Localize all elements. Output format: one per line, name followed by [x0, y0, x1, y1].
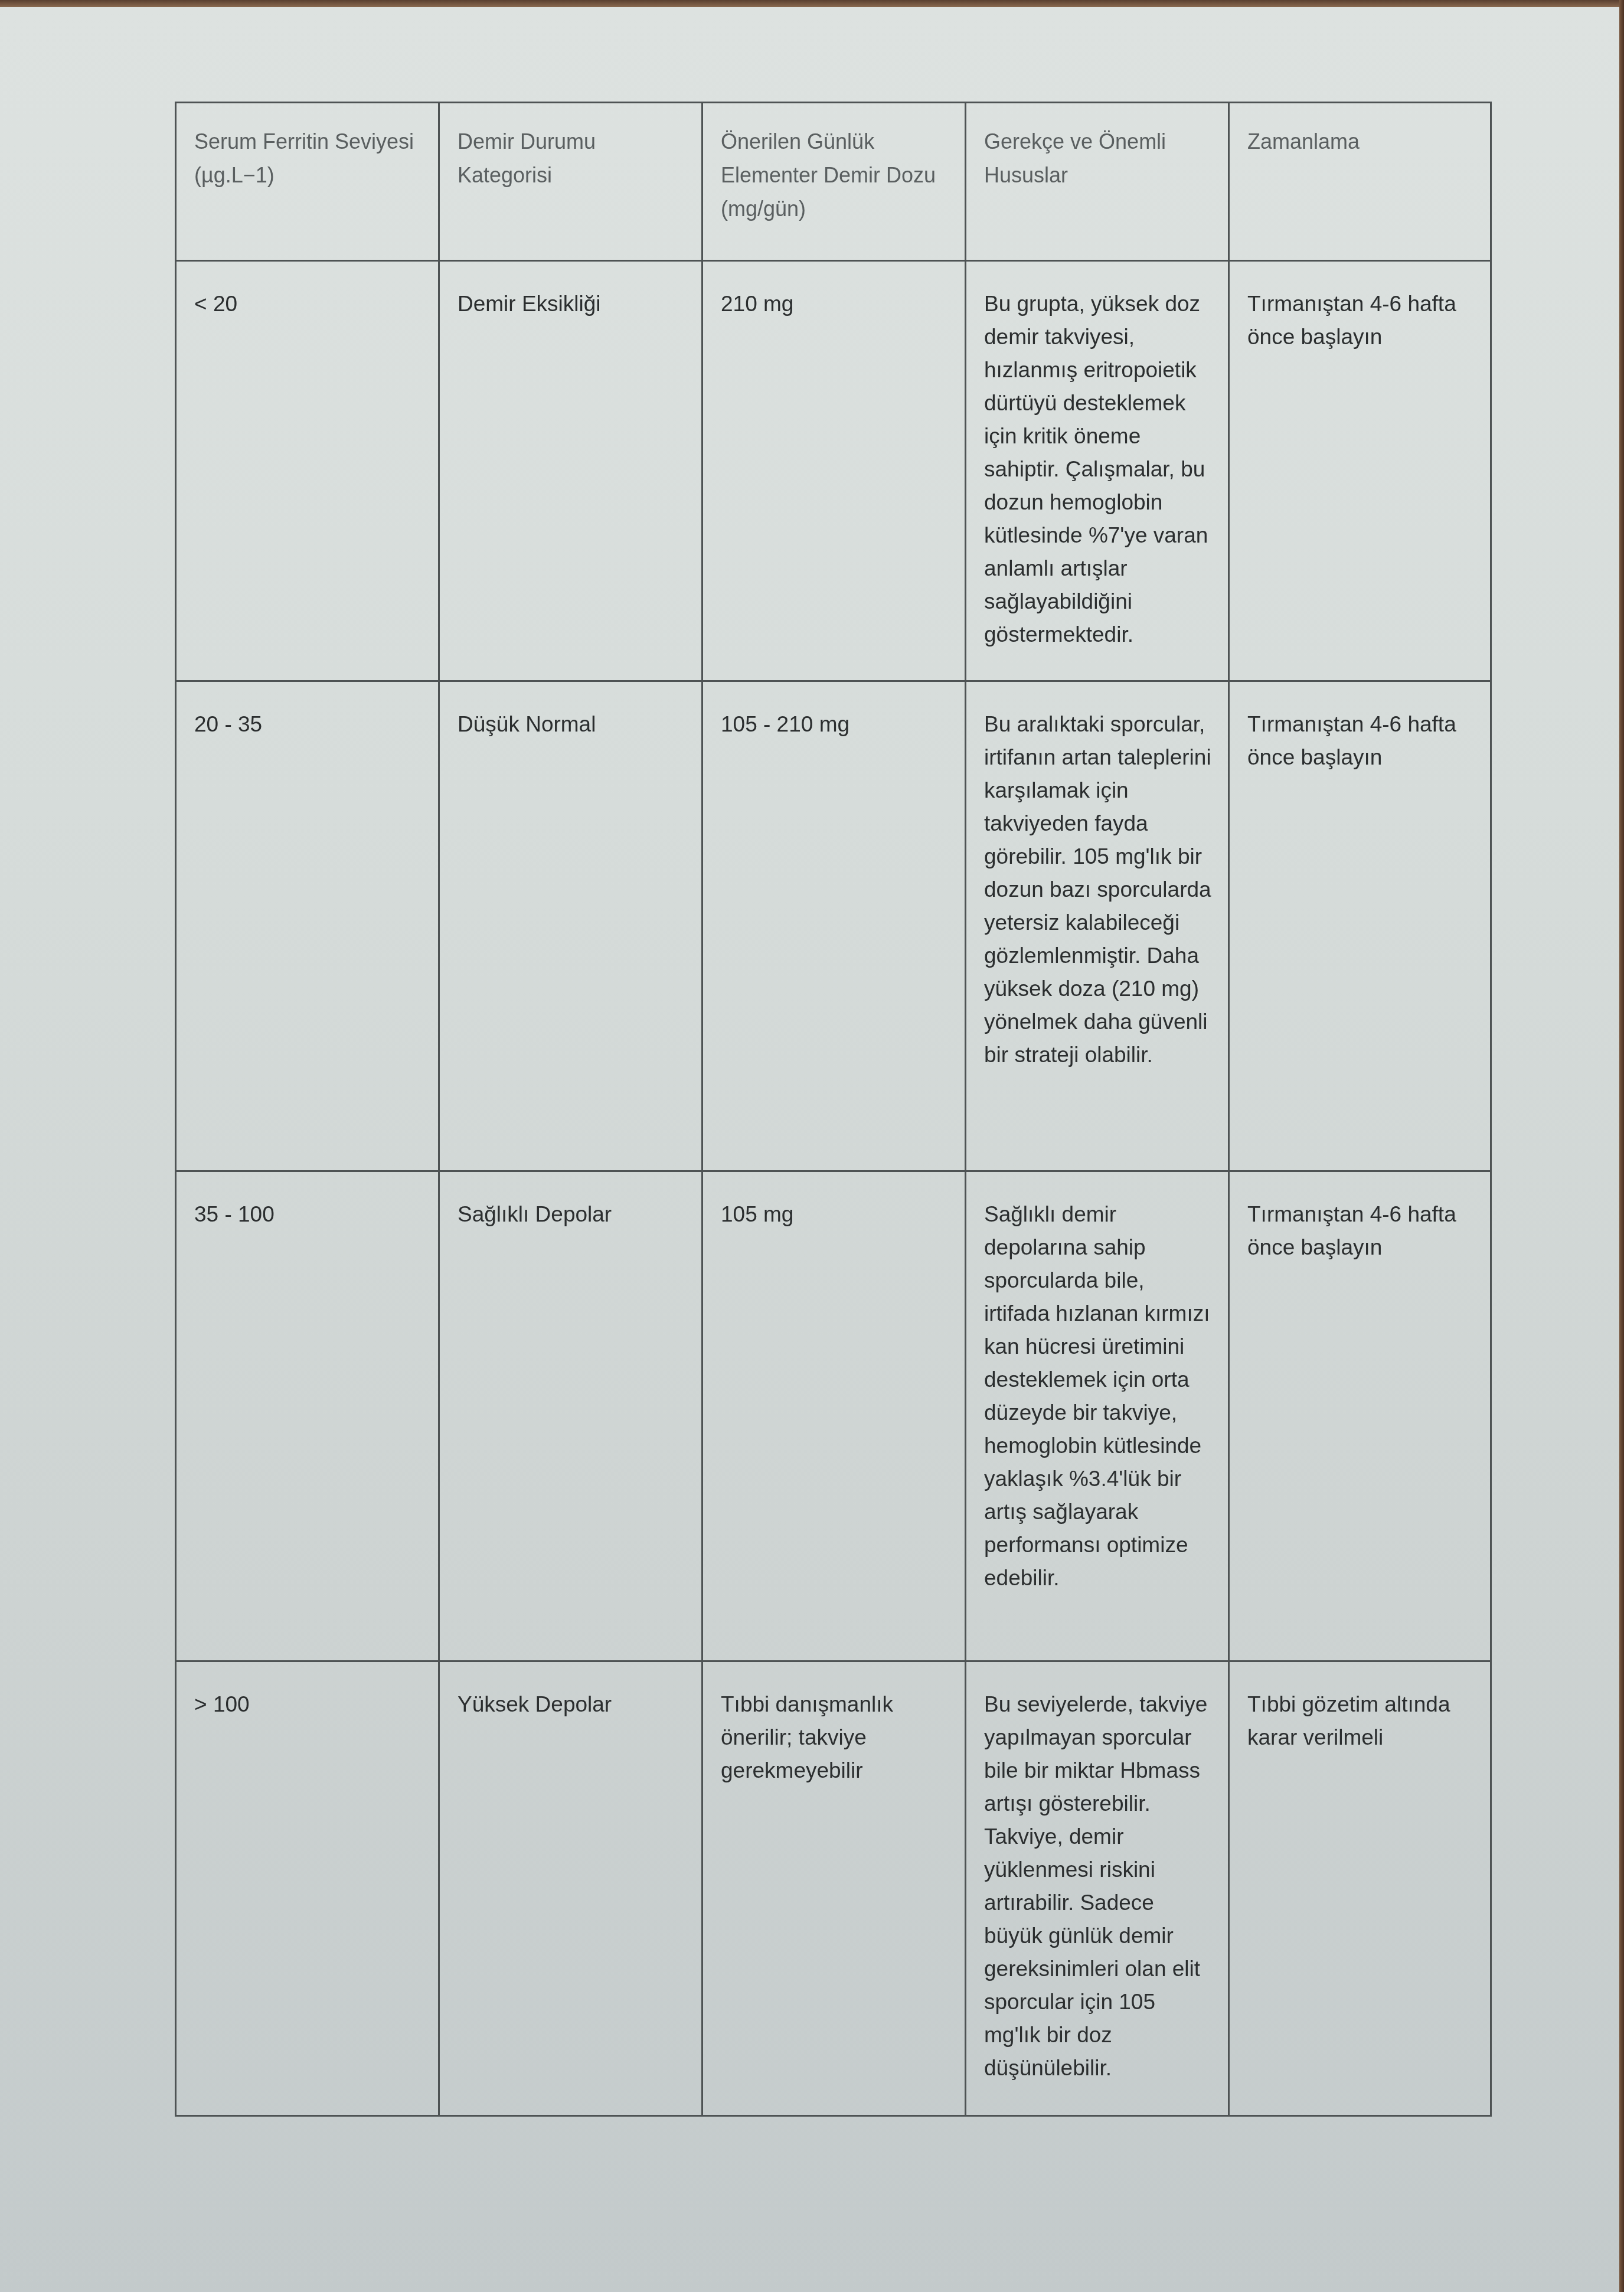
category-cell: Yüksek Depolar: [439, 1661, 702, 2116]
ferritin-cell: > 100: [176, 1661, 439, 2116]
timing-cell: Tırmanıştan 4-6 hafta önce başlayın: [1229, 261, 1491, 681]
category-cell: Düşük Normal: [439, 681, 702, 1171]
dose-cell: 210 mg: [702, 261, 966, 681]
dose-cell: 105 mg: [702, 1171, 966, 1661]
ferritin-cell: 20 - 35: [176, 681, 439, 1171]
category-cell: Sağlıklı Depolar: [439, 1171, 702, 1661]
rationale-cell: Bu aralıktaki sporcular, irtifanın artan…: [966, 681, 1229, 1171]
header-recommended-dose: Önerilen Günlük Elementer Demir Dozu (mg…: [702, 103, 966, 261]
header-iron-status-category: Demir Durumu Kategorisi: [439, 103, 702, 261]
header-ferritin-level: Serum Ferritin Seviyesi (µg.L−1): [176, 103, 439, 261]
table-row: 35 - 100 Sağlıklı Depolar 105 mg Sağlıkl…: [176, 1171, 1491, 1661]
table-row: > 100 Yüksek Depolar Tıbbi danışmanlık ö…: [176, 1661, 1491, 2116]
table-row: 20 - 35 Düşük Normal 105 - 210 mg Bu ara…: [176, 681, 1491, 1171]
table-surface-edge-top: [0, 0, 1624, 7]
ferritin-cell: < 20: [176, 261, 439, 681]
dose-cell: 105 - 210 mg: [702, 681, 966, 1171]
timing-cell: Tırmanıştan 4-6 hafta önce başlayın: [1229, 681, 1491, 1171]
timing-cell: Tırmanıştan 4-6 hafta önce başlayın: [1229, 1171, 1491, 1661]
category-cell: Demir Eksikliği: [439, 261, 702, 681]
table-surface-edge-right: [1619, 0, 1624, 2292]
dose-cell: Tıbbi danışmanlık önerilir; takviye gere…: [702, 1661, 966, 2116]
header-rationale: Gerekçe ve Önemli Hususlar: [966, 103, 1229, 261]
ferritin-cell: 35 - 100: [176, 1171, 439, 1661]
iron-dosing-table: Serum Ferritin Seviyesi (µg.L−1) Demir D…: [175, 102, 1492, 2117]
rationale-cell: Bu grupta, yüksek doz demir takviyesi, h…: [966, 261, 1229, 681]
rationale-cell: Sağlıklı demir depolarına sahip sporcula…: [966, 1171, 1229, 1661]
rationale-cell: Bu seviyelerde, takviye yapılmayan sporc…: [966, 1661, 1229, 2116]
table-row: < 20 Demir Eksikliği 210 mg Bu grupta, y…: [176, 261, 1491, 681]
header-row: Serum Ferritin Seviyesi (µg.L−1) Demir D…: [176, 103, 1491, 261]
timing-cell: Tıbbi gözetim altında karar verilmeli: [1229, 1661, 1491, 2116]
header-timing: Zamanlama: [1229, 103, 1491, 261]
